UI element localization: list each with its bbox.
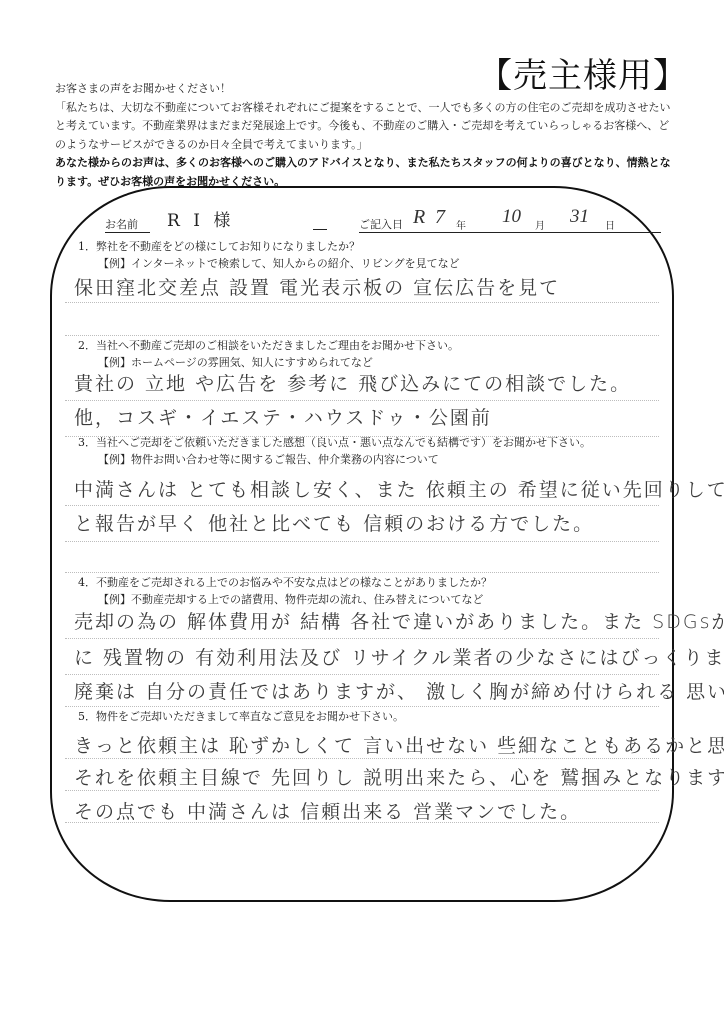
date-day-unit: 日: [605, 217, 615, 232]
answer-line: [65, 674, 659, 675]
question-1-text: 1．弊社を不動産をどの様にしてお知りになりましたか？: [78, 240, 360, 253]
answer-line: [65, 790, 659, 791]
answer-line: [65, 505, 659, 506]
answer-line: [65, 572, 659, 573]
name-underline: [313, 229, 327, 230]
answer-line: [65, 400, 659, 401]
question-4: 4．不動産をご売却される上でのお悩みや不安な点はどの様なことがありましたか？ 【…: [78, 574, 492, 608]
answer-2-line-1: 貴社の 立地 や広告を 参考に 飛び込みにての相談でした。: [74, 368, 631, 400]
answer-1-line-1: 保田窪北交差点 設置 電光表示板の 宣伝広告を見て: [74, 272, 560, 304]
question-5: 5．物件をご売却いただきまして率直なご意見をお聞かせ下さい。: [78, 708, 404, 725]
question-5-text: 5．物件をご売却いただきまして率直なご意見をお聞かせ下さい。: [78, 710, 404, 723]
answer-line: [65, 706, 659, 707]
question-2: 2．当社へ不動産ご売却のご相談をいただきましたご理由をお聞かせ下さい。 【例】ホ…: [78, 337, 459, 371]
answer-4-line-2: に 残置物の 有効利用法及び リサイクル業者の少なさにはびっくりました。ともなく: [74, 642, 724, 674]
question-2-text: 2．当社へ不動産ご売却のご相談をいただきましたご理由をお聞かせ下さい。: [78, 339, 459, 352]
answer-3-line-1: 中満さんは とても相談し安く、また 依頼主の 希望に従い先回りして対応: [74, 474, 724, 506]
answer-5-line-3: その点でも 中満さんは 信頼出来る 営業マンでした。: [74, 796, 581, 828]
question-4-text: 4．不動産をご売却される上でのお悩みや不安な点はどの様なことがありましたか？: [78, 576, 492, 589]
answer-line: [65, 335, 659, 336]
question-1: 1．弊社を不動産をどの様にしてお知りになりましたか？ 【例】インターネットで検索…: [78, 238, 460, 272]
intro-section: お客さまの声をお聞かせください！ 「私たちは、大切な不動産についてお客様それぞれ…: [55, 80, 675, 191]
question-3: 3．当社へご売却をご依頼いただきました感想（良い点・悪い点なんでも結構です）をお…: [78, 434, 591, 468]
date-day: 31: [570, 206, 589, 228]
question-3-text: 3．当社へご売却をご依頼いただきました感想（良い点・悪い点なんでも結構です）をお…: [78, 436, 591, 449]
name-field[interactable]: R I 様: [167, 206, 234, 231]
answer-4-line-1: 売却の為の 解体費用が 結構 各社で違いがありました。また SDGsが 叫ばれる…: [74, 606, 724, 638]
question-3-example: 【例】物件お問い合わせ等に関するご報告、仲介業務の内容について: [78, 451, 591, 468]
date-label: ご記入日: [359, 216, 403, 232]
answer-line: [65, 758, 659, 759]
answer-3-line-2: と報告が早く 他社と比べても 信頼のおける方でした。: [74, 508, 594, 540]
date-field[interactable]: ご記入日 R 7 年 10 月 31 日: [359, 208, 661, 233]
answer-line: [65, 638, 659, 639]
date-year: 7: [435, 206, 445, 229]
intro-body: 「私たちは、大切な不動産についてお客様それぞれにご提案をすることで、一人でも多く…: [55, 99, 675, 155]
date-month: 10: [502, 206, 521, 228]
intro-heading: お客さまの声をお聞かせください！: [55, 80, 675, 99]
answer-line: [65, 541, 659, 542]
date-month-unit: 月: [535, 217, 545, 232]
answer-line: [65, 302, 659, 303]
date-year-unit: 年: [456, 217, 466, 232]
answer-2-line-2: 他，コスギ・イエステ・ハウスドゥ・公園前: [74, 402, 492, 434]
answer-line: [65, 822, 659, 823]
name-label: お名前: [105, 216, 150, 233]
name-date-row: お名前 R I 様 ご記入日 R 7 年 10 月 31 日: [105, 208, 585, 232]
question-1-example: 【例】インターネットで検索して、知人からの紹介、リビングを見てなど: [78, 255, 460, 272]
answer-4-line-3: 廃棄は 自分の責任ではありますが、 激しく胸が締め付けられる 思いでした。: [74, 676, 724, 708]
date-era: R: [413, 206, 425, 229]
